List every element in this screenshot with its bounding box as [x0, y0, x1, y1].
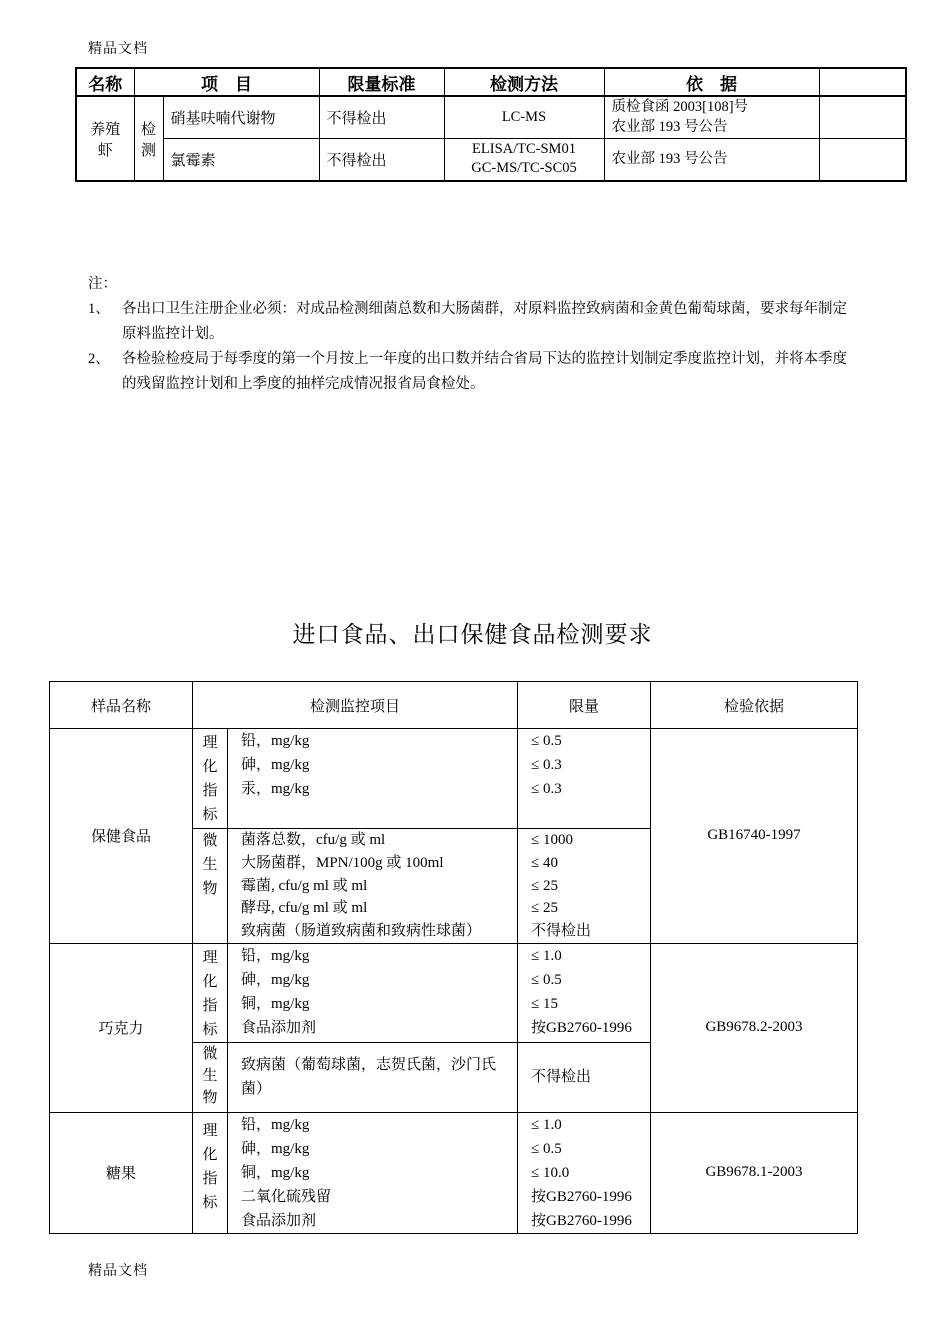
limit-line: 按GB2760-1996	[518, 1185, 650, 1209]
limit-line: ≤ 40	[518, 852, 650, 875]
limit-line: ≤ 0.5	[518, 968, 650, 992]
limit-list-cell: ≤ 1.0 ≤ 0.5 ≤ 10.0 按GB2760-1996 按GB2760-…	[518, 1112, 651, 1233]
category-cell-micro: 微 生 物	[193, 829, 228, 944]
basis-cell: 农业部 193 号公告	[604, 138, 819, 181]
sample-name-cell: 巧克力	[50, 943, 193, 1112]
limit-line: ≤ 0.5	[518, 729, 650, 753]
item-list-cell: 铅，mg/kg 砷，mg/kg 铜，mg/kg 食品添加剂	[228, 943, 518, 1042]
item-line: 致病菌（肠道致病菌和致病性球菌）	[228, 920, 517, 943]
table1-header-method: 检测方法	[444, 68, 604, 96]
limit-line: 按GB2760-1996	[518, 1016, 650, 1040]
limit-line: 不得检出	[518, 920, 650, 943]
section-title: 进口食品、出口保健食品检测要求	[0, 616, 945, 649]
group-health-food-physchem: 保健食品 理 化 指 标 铅，mg/kg 砷，mg/kg 汞，mg/kg ≤ 0…	[50, 729, 858, 829]
table1-row-chloramphenicol: 氯霉素 不得检出 ELISA/TC-SM01 GC-MS/TC-SC05 农业部…	[76, 138, 906, 181]
basis-cell: GB9678.1-2003	[651, 1112, 858, 1233]
note-item-1: 1、 各出口卫生注册企业必须：对成品检测细菌总数和大肠菌群，对原料监控致病菌和金…	[88, 297, 850, 347]
limit-line: ≤ 0.3	[518, 777, 650, 801]
item-line: 食品添加剂	[228, 1209, 517, 1233]
import-food-table: 样品名称 检测监控项目 限量 检验依据 保健食品 理 化 指 标 铅，mg/kg…	[49, 681, 858, 1234]
category-cell-physchem: 理 化 指 标	[193, 729, 228, 829]
group-chocolate-physchem: 巧克力 理 化 指 标 铅，mg/kg 砷，mg/kg 铜，mg/kg 食品添加…	[50, 943, 858, 1042]
note-number: 1、	[88, 297, 122, 347]
item-list-cell: 铅，mg/kg 砷，mg/kg 铜，mg/kg 二氧化硫残留 食品添加剂	[228, 1112, 518, 1233]
item-line: 砷，mg/kg	[228, 1137, 517, 1161]
method-cell: ELISA/TC-SM01 GC-MS/TC-SC05	[444, 138, 604, 181]
category-cell-physchem: 理 化 指 标	[193, 1112, 228, 1233]
limit-cell: 不得检出	[319, 138, 444, 181]
table2-header-item: 检测监控项目	[193, 682, 518, 729]
item-line: 汞，mg/kg	[228, 777, 517, 801]
item-line: 砷，mg/kg	[228, 968, 517, 992]
item-list-cell: 菌落总数，cfu/g 或 ml 大肠菌群，MPN/100g 或 100ml 霉菌…	[228, 829, 518, 944]
doc-label-top: 精品文档	[88, 38, 148, 58]
table1-row-nitrofuran: 养殖 虾 检 测 硝基呋喃代谢物 不得检出 LC-MS 质检食函 2003[10…	[76, 96, 906, 138]
sample-name-cell: 养殖 虾	[76, 96, 134, 181]
document-page: 精品文档 名称 项 目 限量标准 检测方法 依 据 养殖 虾 检 测 硝基呋喃代…	[0, 0, 945, 1331]
item-list-cell: 铅，mg/kg 砷，mg/kg 汞，mg/kg	[228, 729, 518, 829]
doc-label-bottom: 精品文档	[88, 1260, 148, 1280]
limit-line: ≤ 1.0	[518, 944, 650, 968]
limit-line: ≤ 0.3	[518, 753, 650, 777]
item-line: 酵母, cfu/g ml 或 ml	[228, 897, 517, 920]
table1-header-empty	[819, 68, 906, 96]
item-line: 大肠菌群，MPN/100g 或 100ml	[228, 852, 517, 875]
item-line: 霉菌, cfu/g ml 或 ml	[228, 875, 517, 898]
category-cell-physchem: 理 化 指 标	[193, 943, 228, 1042]
method-cell: LC-MS	[444, 96, 604, 138]
group-candy-physchem: 糖果 理 化 指 标 铅，mg/kg 砷，mg/kg 铜，mg/kg 二氧化硫残…	[50, 1112, 858, 1233]
limit-line: ≤ 1000	[518, 829, 650, 852]
table2-header-basis: 检验依据	[651, 682, 858, 729]
empty-cell	[819, 96, 906, 138]
note-item-2: 2、 各检验检疫局于每季度的第一个月按上一年度的出口数并结合省局下达的监控计划制…	[88, 347, 850, 397]
sample-name-cell: 保健食品	[50, 729, 193, 944]
limit-list-cell: ≤ 1.0 ≤ 0.5 ≤ 15 按GB2760-1996	[518, 943, 651, 1042]
table1-header-limit: 限量标准	[319, 68, 444, 96]
limit-line: ≤ 0.5	[518, 1137, 650, 1161]
category-cell-micro: 微 生 物	[193, 1042, 228, 1112]
notes-section: 注： 1、 各出口卫生注册企业必须：对成品检测细菌总数和大肠菌群，对原料监控致病…	[88, 272, 850, 397]
limit-cell: 不得检出	[319, 96, 444, 138]
empty-cell	[819, 138, 906, 181]
item-line: 铜，mg/kg	[228, 992, 517, 1016]
limit-line: ≤ 10.0	[518, 1161, 650, 1185]
basis-cell: GB9678.2-2003	[651, 943, 858, 1112]
table1-header-name: 名称	[76, 68, 134, 96]
sample-name-cell: 糖果	[50, 1112, 193, 1233]
table1-header-item: 项 目	[134, 68, 319, 96]
item-line: 致病菌（葡萄球菌，志贺氏菌，沙门氏菌）	[228, 1053, 517, 1101]
table1-header-row: 名称 项 目 限量标准 检测方法 依 据	[76, 68, 906, 96]
limit-list-cell: 不得检出	[518, 1042, 651, 1112]
limit-line: ≤ 25	[518, 897, 650, 920]
limit-list-cell: ≤ 0.5 ≤ 0.3 ≤ 0.3	[518, 729, 651, 829]
basis-cell: 质检食函 2003[108]号 农业部 193 号公告	[604, 96, 819, 138]
limit-line: ≤ 15	[518, 992, 650, 1016]
table2-header-limit: 限量	[518, 682, 651, 729]
item-line: 铅，mg/kg	[228, 729, 517, 753]
note-number: 2、	[88, 347, 122, 397]
item-list-cell: 致病菌（葡萄球菌，志贺氏菌，沙门氏菌）	[228, 1042, 518, 1112]
basis-cell: GB16740-1997	[651, 729, 858, 944]
item-cell: 硝基呋喃代谢物	[163, 96, 319, 138]
limit-line: 按GB2760-1996	[518, 1209, 650, 1233]
limit-line: ≤ 1.0	[518, 1113, 650, 1137]
table2-header-sample: 样品名称	[50, 682, 193, 729]
limit-line: ≤ 25	[518, 875, 650, 898]
item-line: 食品添加剂	[228, 1016, 517, 1040]
item-line: 二氧化硫残留	[228, 1185, 517, 1209]
table1-header-basis: 依 据	[604, 68, 819, 96]
table2-header-row: 样品名称 检测监控项目 限量 检验依据	[50, 682, 858, 729]
item-line: 菌落总数，cfu/g 或 ml	[228, 829, 517, 852]
shrimp-inspection-table: 名称 项 目 限量标准 检测方法 依 据 养殖 虾 检 测 硝基呋喃代谢物 不得…	[75, 67, 907, 182]
note-text: 各检验检疫局于每季度的第一个月按上一年度的出口数并结合省局下达的监控计划制定季度…	[122, 347, 850, 397]
category-cell: 检 测	[134, 96, 163, 181]
note-text: 各出口卫生注册企业必须：对成品检测细菌总数和大肠菌群，对原料监控致病菌和金黄色葡…	[122, 297, 850, 347]
item-cell: 氯霉素	[163, 138, 319, 181]
limit-list-cell: ≤ 1000 ≤ 40 ≤ 25 ≤ 25 不得检出	[518, 829, 651, 944]
item-line: 铅，mg/kg	[228, 1113, 517, 1137]
item-line: 砷，mg/kg	[228, 753, 517, 777]
item-line: 铜，mg/kg	[228, 1161, 517, 1185]
notes-label: 注：	[88, 272, 850, 297]
item-line: 铅，mg/kg	[228, 944, 517, 968]
limit-line: 不得检出	[518, 1065, 650, 1089]
